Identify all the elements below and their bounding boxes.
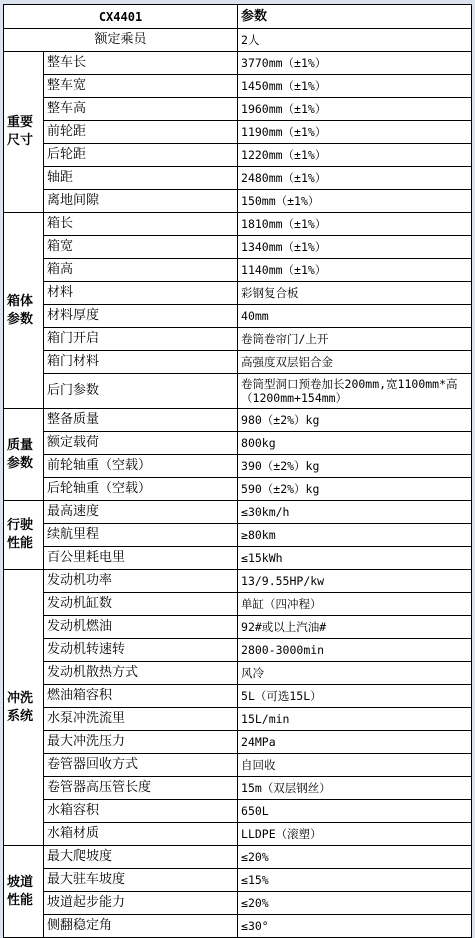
spec-label: 箱门开启: [44, 328, 238, 351]
spec-value: 15L/min: [238, 708, 472, 731]
spec-value: 3770mm（±1%）: [238, 52, 472, 75]
crew-value: 2人: [238, 29, 472, 52]
spec-label: 材料厚度: [44, 305, 238, 328]
spec-label: 箱长: [44, 213, 238, 236]
spec-row: 整车高1960mm（±1%）: [4, 98, 472, 121]
spec-value: 卷筒卷帘门/上开: [238, 328, 472, 351]
spec-value: 15m（双层钢丝）: [238, 777, 472, 800]
spec-row: 材料彩钢复合板: [4, 282, 472, 305]
group-label: 行驶 性能: [4, 501, 44, 570]
group-label: 重要 尺寸: [4, 52, 44, 213]
spec-row: 材料厚度40mm: [4, 305, 472, 328]
spec-row: 坡道 性能最大爬坡度≤20%: [4, 846, 472, 869]
spec-value: 1220mm（±1%）: [238, 144, 472, 167]
spec-row: 最大驻车坡度≤15%: [4, 869, 472, 892]
spec-label: 最大冲洗压力: [44, 731, 238, 754]
spec-value: 590（±2%）kg: [238, 478, 472, 501]
spec-row: 整车宽1450mm（±1%）: [4, 75, 472, 98]
spec-label: 离地间隙: [44, 190, 238, 213]
spec-value: 单缸（四冲程）: [238, 593, 472, 616]
spec-row: 水箱材质LLDPE（滚塑）: [4, 823, 472, 846]
spec-label: 前轮轴重（空载）: [44, 455, 238, 478]
spec-label: 最高速度: [44, 501, 238, 524]
spec-row: 水箱容积650L: [4, 800, 472, 823]
spec-row: 质量 参数整备质量980（±2%）kg: [4, 409, 472, 432]
spec-row: 发动机转速转2800-3000min: [4, 639, 472, 662]
spec-label: 发动机燃油: [44, 616, 238, 639]
spec-label: 发动机功率: [44, 570, 238, 593]
spec-label: 燃油箱容积: [44, 685, 238, 708]
spec-label: 整车高: [44, 98, 238, 121]
spec-row: 侧翻稳定角≤30°: [4, 915, 472, 938]
spec-value: 5L（可选15L）: [238, 685, 472, 708]
spec-value: LLDPE（滚塑）: [238, 823, 472, 846]
spec-row: 坡道起步能力≤20%: [4, 892, 472, 915]
group-label: 质量 参数: [4, 409, 44, 501]
spec-value: 自回收: [238, 754, 472, 777]
spec-label: 最大爬坡度: [44, 846, 238, 869]
spec-row: 前轮距1190mm（±1%）: [4, 121, 472, 144]
spec-value: 24MPa: [238, 731, 472, 754]
spec-value: 卷筒型洞口预卷加长200mm,宽1100mm*高（1200mm+154mm）: [238, 374, 472, 409]
spec-label: 发动机转速转: [44, 639, 238, 662]
spec-value: 1810mm（±1%）: [238, 213, 472, 236]
spec-value: 2480mm（±1%）: [238, 167, 472, 190]
spec-row: 轴距2480mm（±1%）: [4, 167, 472, 190]
spec-row: 发动机缸数单缸（四冲程）: [4, 593, 472, 616]
spec-label: 材料: [44, 282, 238, 305]
crew-label: 额定乘员: [4, 29, 238, 52]
spec-row: 卷管器高压管长度15m（双层钢丝）: [4, 777, 472, 800]
spec-value: ≤20%: [238, 846, 472, 869]
spec-row: 水泵冲洗流里15L/min: [4, 708, 472, 731]
spec-label: 箱高: [44, 259, 238, 282]
group-label: 坡道 性能: [4, 846, 44, 938]
spec-row: 百公里耗电里≤15kWh: [4, 547, 472, 570]
spec-value: ≤15kWh: [238, 547, 472, 570]
spec-value: 40mm: [238, 305, 472, 328]
spec-row: 后轮距1220mm（±1%）: [4, 144, 472, 167]
spec-label: 水泵冲洗流里: [44, 708, 238, 731]
spec-label: 水箱材质: [44, 823, 238, 846]
spec-value: ≤30km/h: [238, 501, 472, 524]
spec-label: 水箱容积: [44, 800, 238, 823]
spec-label: 后轮轴重（空载）: [44, 478, 238, 501]
spec-value: ≤30°: [238, 915, 472, 938]
spec-value: 390（±2%）kg: [238, 455, 472, 478]
spec-value: 1340mm（±1%）: [238, 236, 472, 259]
spec-label: 额定载荷: [44, 432, 238, 455]
spec-value: 1140mm（±1%）: [238, 259, 472, 282]
spec-row: 箱门材料高强度双层铝合金: [4, 351, 472, 374]
spec-value: 800kg: [238, 432, 472, 455]
header-row: CX4401 参数: [4, 5, 472, 29]
spec-value: 980（±2%）kg: [238, 409, 472, 432]
spec-row: 后门参数卷筒型洞口预卷加长200mm,宽1100mm*高（1200mm+154m…: [4, 374, 472, 409]
spec-row: 重要 尺寸整车长3770mm（±1%）: [4, 52, 472, 75]
group-label: 冲洗 系统: [4, 570, 44, 846]
spec-row: 燃油箱容积5L（可选15L）: [4, 685, 472, 708]
spec-label: 续航里程: [44, 524, 238, 547]
spec-label: 整车宽: [44, 75, 238, 98]
spec-row: 后轮轴重（空载）590（±2%）kg: [4, 478, 472, 501]
spec-label: 坡道起步能力: [44, 892, 238, 915]
spec-label: 发动机散热方式: [44, 662, 238, 685]
spec-value: 150mm（±1%）: [238, 190, 472, 213]
spec-label: 后门参数: [44, 374, 238, 409]
spec-row: 箱宽1340mm（±1%）: [4, 236, 472, 259]
spec-value: 13/9.55HP/kw: [238, 570, 472, 593]
spec-row: 发动机燃油92#或以上汽油#: [4, 616, 472, 639]
spec-value: 650L: [238, 800, 472, 823]
spec-label: 前轮距: [44, 121, 238, 144]
header-param: 参数: [238, 5, 472, 29]
spec-label: 箱宽: [44, 236, 238, 259]
spec-label: 箱门材料: [44, 351, 238, 374]
spec-value: 92#或以上汽油#: [238, 616, 472, 639]
spec-label: 后轮距: [44, 144, 238, 167]
spec-label: 最大驻车坡度: [44, 869, 238, 892]
spec-row: 箱体 参数箱长1810mm（±1%）: [4, 213, 472, 236]
spec-row: 发动机散热方式风冷: [4, 662, 472, 685]
spec-row: 最大冲洗压力24MPa: [4, 731, 472, 754]
spec-label: 发动机缸数: [44, 593, 238, 616]
spec-row: 续航里程≥80km: [4, 524, 472, 547]
spec-value: ≤15%: [238, 869, 472, 892]
spec-value: 1190mm（±1%）: [238, 121, 472, 144]
spec-value: 1450mm（±1%）: [238, 75, 472, 98]
spec-value: ≤20%: [238, 892, 472, 915]
spec-label: 整车长: [44, 52, 238, 75]
spec-row: 行驶 性能最高速度≤30km/h: [4, 501, 472, 524]
crew-row: 额定乘员 2人: [4, 29, 472, 52]
spec-value: 1960mm（±1%）: [238, 98, 472, 121]
spec-label: 卷管器回收方式: [44, 754, 238, 777]
spec-row: 箱高1140mm（±1%）: [4, 259, 472, 282]
spec-row: 冲洗 系统发动机功率13/9.55HP/kw: [4, 570, 472, 593]
spec-value: 彩钢复合板: [238, 282, 472, 305]
spec-value: 高强度双层铝合金: [238, 351, 472, 374]
spec-value: 风冷: [238, 662, 472, 685]
spec-label: 侧翻稳定角: [44, 915, 238, 938]
spec-value: ≥80km: [238, 524, 472, 547]
spec-row: 额定载荷800kg: [4, 432, 472, 455]
spec-table: CX4401 参数 额定乘员 2人 重要 尺寸整车长3770mm（±1%）整车宽…: [3, 4, 472, 937]
spec-row: 箱门开启卷筒卷帘门/上开: [4, 328, 472, 351]
group-label: 箱体 参数: [4, 213, 44, 409]
spec-row: 离地间隙150mm（±1%）: [4, 190, 472, 213]
spec-label: 整备质量: [44, 409, 238, 432]
spec-row: 前轮轴重（空载）390（±2%）kg: [4, 455, 472, 478]
spec-label: 百公里耗电里: [44, 547, 238, 570]
spec-value: 2800-3000min: [238, 639, 472, 662]
header-model: CX4401: [4, 5, 238, 29]
spec-sheet: CX4401 参数 额定乘员 2人 重要 尺寸整车长3770mm（±1%）整车宽…: [3, 4, 471, 937]
spec-label: 轴距: [44, 167, 238, 190]
spec-label: 卷管器高压管长度: [44, 777, 238, 800]
spec-row: 卷管器回收方式自回收: [4, 754, 472, 777]
